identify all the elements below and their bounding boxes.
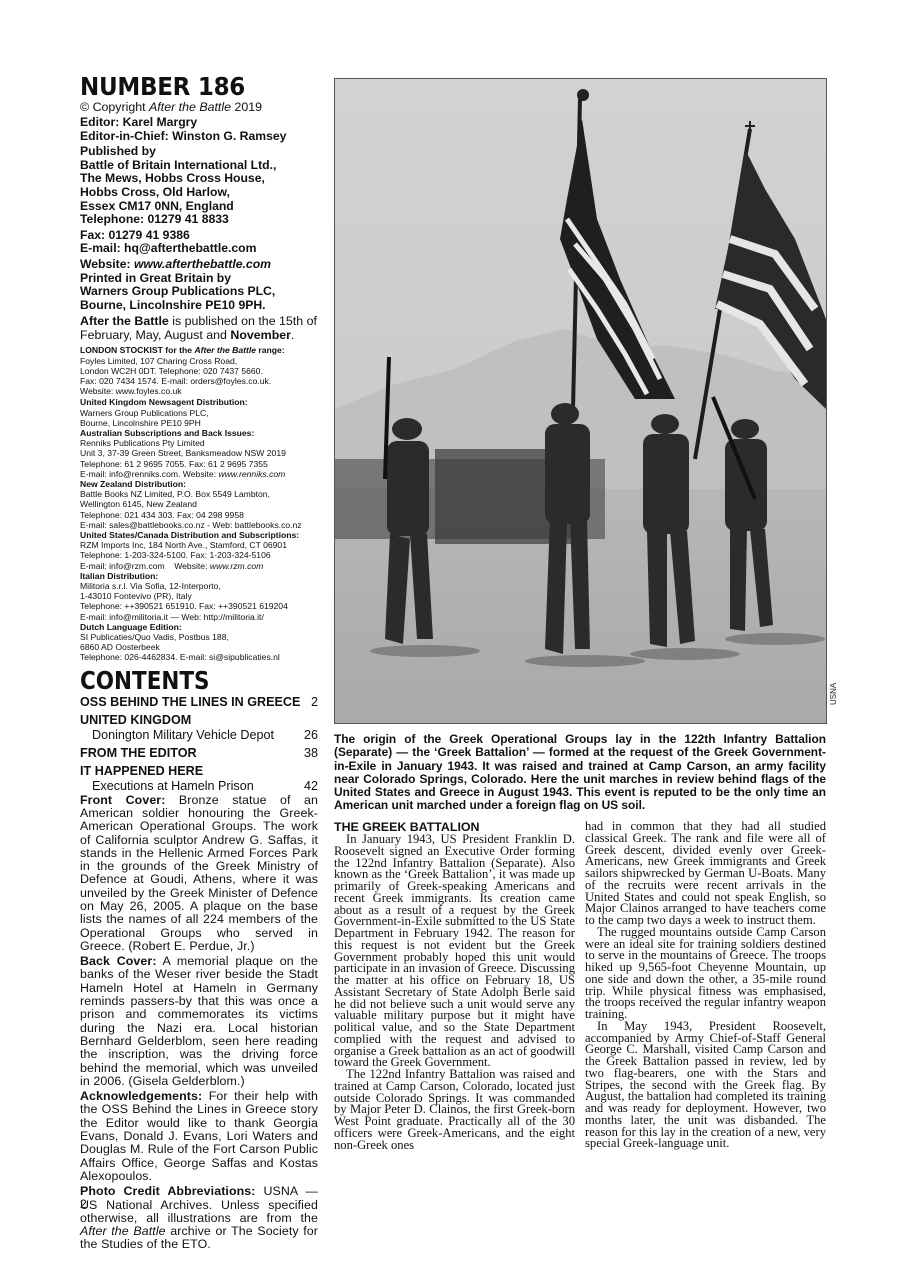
publisher-block: Published by Battle of Britain Internati… (80, 145, 318, 227)
page-number: 2 (80, 1197, 87, 1211)
article-paragraph: In January 1943, US President Franklin D… (334, 834, 575, 1069)
front-cover-note: Front Cover: Bronze statue of an America… (80, 794, 318, 954)
fax: Fax: 01279 41 9386 (80, 229, 318, 243)
website-link[interactable]: www.afterthebattle.com (134, 257, 271, 271)
email-link[interactable]: E-mail: hq@afterthebattle.com (80, 242, 318, 256)
copyright-line: © Copyright After the Battle 2019 (80, 100, 318, 114)
article-column-2: had in common that they had all studied … (585, 821, 826, 1150)
toc-page: 38 (304, 746, 318, 761)
publication-schedule: After the Battle is published on the 15t… (80, 314, 318, 342)
masthead-column: NUMBER 186 © Copyright After the Battle … (80, 74, 318, 1254)
acknowledgements: Acknowledgements: For their help with th… (80, 1090, 318, 1183)
editor: Editor: Karel Margry (80, 116, 318, 130)
photo-credit-abbreviations: Photo Credit Abbreviations: USNA — US Na… (80, 1185, 318, 1251)
editor-in-chief: Editor-in-Chief: Winston G. Ramsey (80, 130, 318, 144)
toc-item-united-kingdom[interactable]: UNITED KINGDOM Donington Military Vehicl… (80, 713, 318, 743)
photo-credit: USNA (829, 683, 838, 705)
distributor-italy: Italian Distribution: Militoria s.r.l. V… (80, 571, 318, 622)
distributor-london: LONDON STOCKIST for the After the Battle… (80, 345, 318, 396)
toc-page: 2 (311, 695, 318, 710)
telephone: Telephone: 01279 41 8833 (80, 213, 318, 227)
toc-item-it-happened-here[interactable]: IT HAPPENED HERE Executions at Hameln Pr… (80, 764, 318, 794)
issue-number: NUMBER 186 (80, 74, 299, 100)
toc-item-from-the-editor[interactable]: FROM THE EDITOR 38 (80, 746, 318, 761)
toc-item-oss-greece[interactable]: OSS BEHIND THE LINES IN GREECE 2 (80, 695, 318, 710)
toc-page: 26 (304, 728, 318, 743)
distribution-list: LONDON STOCKIST for the After the Battle… (80, 345, 318, 662)
toc-page: 42 (304, 779, 318, 794)
photo-caption: The origin of the Greek Operational Grou… (334, 733, 826, 813)
article-paragraph: had in common that they had all studied … (585, 821, 826, 927)
article-paragraph: In May 1943, President Roosevelt, accomp… (585, 1021, 826, 1150)
article-paragraph: The rugged mountains outside Camp Carson… (585, 927, 826, 1021)
distributor-uk: United Kingdom Newsagent Distribution: W… (80, 397, 318, 428)
article-paragraph: The 122nd Infantry Battalion was raised … (334, 1069, 575, 1151)
article-column-1: THE GREEK BATTALION In January 1943, US … (334, 821, 575, 1151)
cover-notes: Front Cover: Bronze statue of an America… (80, 794, 318, 1252)
website-line: Website: www.afterthebattle.com (80, 258, 318, 272)
distributor-australia: Australian Subscriptions and Back Issues… (80, 428, 318, 479)
contents-title: CONTENTS (80, 667, 285, 695)
photo-greek-battalion-parade (334, 78, 827, 724)
back-cover-note: Back Cover: A memorial plaque on the ban… (80, 955, 318, 1088)
distributor-dutch: Dutch Language Edition: SI Publicaties/Q… (80, 622, 318, 663)
distributor-us-canada: United States/Canada Distribution and Su… (80, 530, 318, 571)
distributor-new-zealand: New Zealand Distribution: Battle Books N… (80, 479, 318, 530)
parade-photo-illustration (335, 79, 826, 723)
table-of-contents: OSS BEHIND THE LINES IN GREECE 2 UNITED … (80, 695, 318, 794)
